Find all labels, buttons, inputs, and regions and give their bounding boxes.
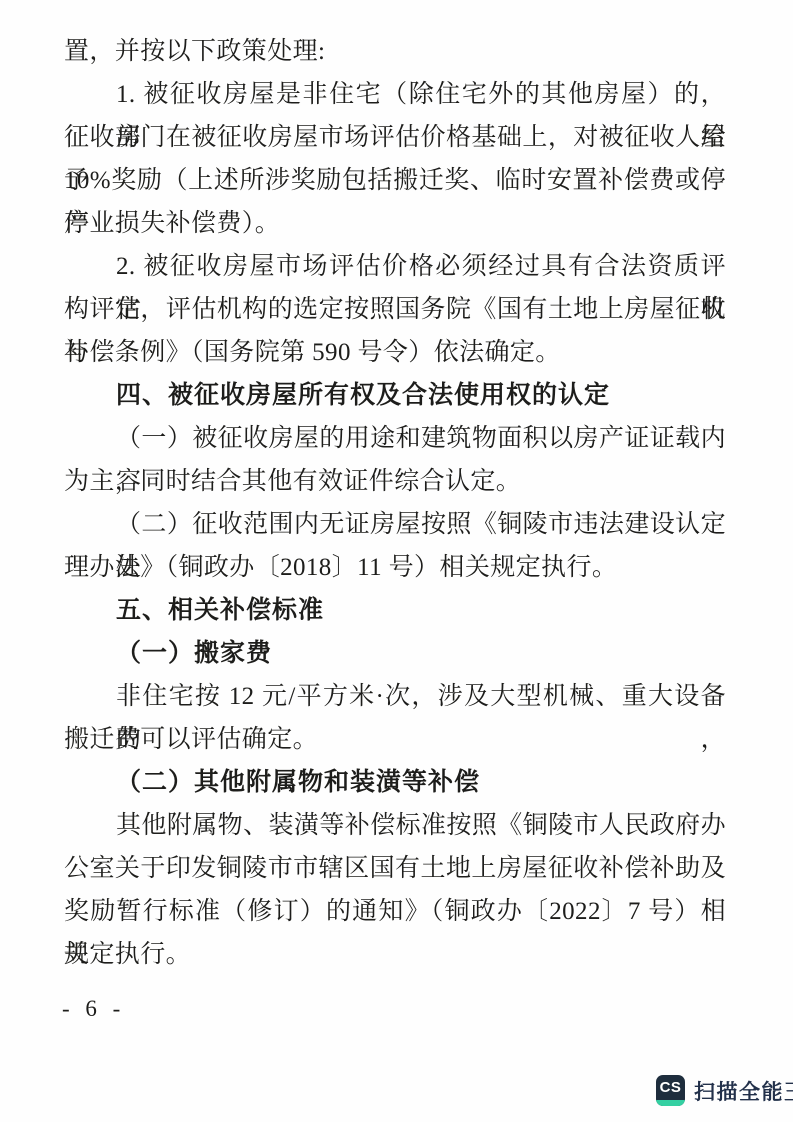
text-line: 规定执行。 xyxy=(64,933,726,976)
text-line: 构评定，评估机构的选定按照国务院《国有土地上房屋征收与 xyxy=(64,288,726,331)
text-line: 为主，同时结合其他有效证件综合认定。 xyxy=(64,460,726,503)
text-line: 非住宅按 12 元/平方米·次，涉及大型机械、重大设备的， xyxy=(64,675,726,718)
text-line: 10%奖励（上述所涉奖励包括搬迁奖、临时安置补偿费或停产 xyxy=(64,159,726,202)
scanned-document-page: 置，并按以下政策处理:1. 被征收房屋是非住宅（除住宅外的其他房屋）的，房屋征收… xyxy=(0,0,793,1122)
document-body: 置，并按以下政策处理:1. 被征收房屋是非住宅（除住宅外的其他房屋）的，房屋征收… xyxy=(64,30,726,976)
heading-line: 五、相关补偿标准 xyxy=(64,589,726,632)
text-line: 置，并按以下政策处理: xyxy=(64,30,726,73)
text-line: 公室关于印发铜陵市市辖区国有土地上房屋征收补偿补助及 xyxy=(64,847,726,890)
heading-line: （一）搬家费 xyxy=(64,632,726,675)
camscanner-icon-label: CS xyxy=(656,1076,685,1100)
camscanner-label: 扫描全能王 xyxy=(694,1076,793,1106)
text-line: 1. 被征收房屋是非住宅（除住宅外的其他房屋）的，房屋 xyxy=(64,73,726,116)
text-line: 其他附属物、装潢等补偿标准按照《铜陵市人民政府办 xyxy=(64,804,726,847)
page-number: - 6 - xyxy=(62,996,125,1022)
text-line: 停业损失补偿费）。 xyxy=(64,202,726,245)
heading-line: 四、被征收房屋所有权及合法使用权的认定 xyxy=(64,374,726,417)
text-line: （一）被征收房屋的用途和建筑物面积以房产证证载内容 xyxy=(64,417,726,460)
camscanner-icon: CS xyxy=(656,1075,685,1106)
text-line: 奖励暂行标准（修订）的通知》（铜政办〔2022〕7 号）相关 xyxy=(64,890,726,933)
camscanner-icon-accent-bar xyxy=(656,1100,685,1106)
text-line: 补偿条例》（国务院第 590 号令）依法确定。 xyxy=(64,331,726,374)
text-line: （二）征收范围内无证房屋按照《铜陵市违法建设认定处 xyxy=(64,503,726,546)
heading-line: （二）其他附属物和装潢等补偿 xyxy=(64,761,726,804)
text-line: 理办法》（铜政办〔2018〕11 号）相关规定执行。 xyxy=(64,546,726,589)
text-line: 2. 被征收房屋市场评估价格必须经过具有合法资质评估机 xyxy=(64,245,726,288)
text-line: 征收部门在被征收房屋市场评估价格基础上，对被征收人给予 xyxy=(64,116,726,159)
camscanner-watermark: CS 扫描全能王 xyxy=(656,1075,793,1106)
